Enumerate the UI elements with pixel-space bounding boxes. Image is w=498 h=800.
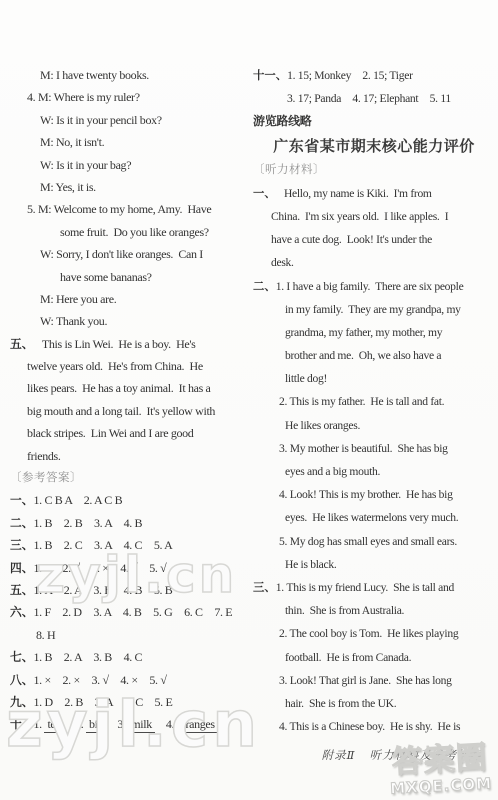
line-section: 二、1. I have a big family. There are six … [253, 275, 495, 298]
line-sub: 3. My mother is beautiful. She has big [253, 437, 495, 460]
line-text: 3. 17; Panda 4. 17; Elephant 5. 11 [287, 92, 451, 105]
line-answers: 六、1. F 2. D 3. A 4. B 5. G 6. C 7. E [10, 601, 246, 623]
item-number: 1. [34, 717, 45, 731]
line-text: 1. × 2. × 3. √ 4. × 5. √ [34, 673, 167, 687]
line-text: brother and me. Oh, we also have a [285, 349, 441, 362]
line-text: eyes and a big mouth. [285, 465, 380, 478]
line-subc: He is black. [253, 553, 495, 576]
line-para: twelve years old. He's from China. He [10, 355, 246, 377]
line-text: 1. B 2. A 3. B 4. C [34, 650, 143, 664]
line-text: 5. M: Welcome to my home, Amy. Have [27, 202, 211, 216]
line-speaker: M: No, it isn't. [10, 131, 246, 153]
line-text: M: Here you are. [40, 292, 116, 306]
line-text: in my family. They are my grandpa, my [285, 303, 461, 316]
line-text: likes pears. He has a toy animal. It has… [27, 381, 211, 395]
line-subc: in my family. They are my grandpa, my [253, 298, 495, 321]
line-text: have some bananas? [60, 270, 152, 284]
line-answers: 七、1. B 2. A 3. B 4. C [10, 646, 246, 668]
line-subc: eyes. He likes watermelons very much. [253, 506, 495, 529]
line-text: have a cute dog. Look! It's under the [271, 233, 432, 246]
section-marker: 五、 [10, 583, 34, 597]
footer-appendix-label: 附录Ⅱ [322, 748, 356, 762]
line-sub: 4. Look! This is my brother. He has big [253, 483, 495, 506]
section-marker: 十、 [10, 717, 34, 731]
line-qnum: 4. M: Where is my ruler? [10, 86, 246, 108]
line-sub: 5. My dog has small eyes and small ears. [253, 530, 495, 553]
line-text: 1. C B A 2. A C B [34, 493, 123, 507]
section-marker: 十一、 [253, 68, 287, 82]
line-text: 1. A 2. A 3. B 4. B 5. B [34, 583, 173, 597]
line-text: 1. F 2. D 3. A 4. B 5. G 6. C 7. E [34, 605, 233, 619]
line-text: He likes oranges. [285, 419, 360, 432]
line-text: 4. This is a Chinese boy. He is shy. He … [279, 720, 460, 733]
line-speech: some fruit. Do you like oranges? [10, 221, 246, 243]
item-number: 3. [117, 717, 128, 731]
line-text: 1. This is my friend Lucy. She is tall a… [276, 581, 454, 594]
line-text: 2. This is my father. He is tall and fat… [279, 395, 444, 408]
section-marker: 五、 [10, 337, 28, 351]
line-text: football. He is from Canada. [285, 651, 411, 664]
line-subc: little dog! [253, 367, 495, 390]
line-text: M: No, it isn't. [40, 135, 104, 149]
line-text: Hello, my name is Kiki. I'm from [270, 187, 432, 200]
line-boldcn: 游览路线略 [253, 110, 495, 133]
line-bracket: 〔听力材料〕 [253, 159, 495, 182]
fill-blank-item: 4. oranges [166, 717, 218, 731]
line-answers: 五、1. A 2. A 3. B 4. B 5. B [10, 579, 246, 601]
line-speaker: W: Sorry, I don't like oranges. Can I [10, 243, 246, 265]
line-text: W: Thank you. [40, 314, 107, 328]
line-speaker: M: Here you are. [10, 288, 246, 310]
line-para: have a cute dog. Look! It's under the [253, 228, 495, 251]
line-text: 1. 15; Monkey 2. 15; Tiger [287, 69, 413, 82]
line-fill: 十、1. ten2. big3. milk4. oranges [10, 713, 246, 735]
line-answers: 四、1. × 2. √ 3. × 4. √ 5. √ [10, 557, 246, 579]
section-marker: 四、 [10, 561, 34, 575]
line-subc: grandma, my father, my mother, my [253, 321, 495, 344]
line-subc: hair. She is from the UK. [253, 692, 495, 715]
line-para: China. I'm six years old. I like apples.… [253, 205, 495, 228]
section-marker: 一、 [10, 493, 34, 507]
line-answers: 九、1. D 2. B 3. A 4. C 5. E [10, 691, 246, 713]
item-number: 4. [166, 717, 177, 731]
fill-answer-word: ten [44, 717, 64, 733]
line-text: W: Is it in your bag? [40, 158, 131, 172]
line-answers: 三、1. B 2. C 3. A 4. C 5. A [10, 534, 246, 556]
line-heading: 广东省某市期末核心能力评价 [253, 134, 495, 159]
line-text: 广东省某市期末核心能力评价 [273, 137, 475, 155]
line-text: little dog! [285, 372, 327, 385]
line-speaker: M: Yes, it is. [10, 176, 246, 198]
line-text: 4. Look! This is my brother. He has big [279, 488, 453, 501]
line-text: He is black. [285, 558, 336, 571]
section-marker: 八、 [10, 673, 34, 687]
line-text: 1. D 2. B 3. A 4. C 5. E [34, 695, 173, 709]
right-column: 十一、1. 15; Monkey 2. 15; Tiger3. 17; Pand… [253, 64, 495, 738]
line-cont: 3. 17; Panda 4. 17; Elephant 5. 11 [253, 87, 495, 110]
line-text: 游览路线略 [253, 114, 312, 128]
line-text: 1. B 2. C 3. A 4. C 5. A [34, 538, 173, 552]
line-text: thin. She is from Australia. [285, 604, 404, 617]
line-text: desk. [271, 256, 294, 269]
line-text: 1. × 2. √ 3. × 4. √ 5. √ [34, 561, 167, 575]
section-marker: 三、 [10, 538, 34, 552]
line-text: 8. H [36, 628, 55, 642]
line-answers: 八、1. × 2. × 3. √ 4. × 5. √ [10, 669, 246, 691]
line-text: W: Sorry, I don't like oranges. Can I [40, 247, 203, 261]
line-text: some fruit. Do you like oranges? [60, 225, 209, 239]
line-text: China. I'm six years old. I like apples.… [271, 210, 448, 223]
fill-answer-word: oranges [177, 717, 218, 733]
section-marker: 九、 [10, 695, 34, 709]
section-marker: 三、 [253, 580, 276, 594]
line-answers: 十一、1. 15; Monkey 2. 15; Tiger [253, 64, 495, 87]
line-text: twelve years old. He's from China. He [27, 359, 203, 373]
line-para: desk. [253, 251, 495, 274]
watermark-brand-site: MXQE.COM [377, 774, 498, 799]
line-text: 5. My dog has small eyes and small ears. [279, 535, 457, 548]
line-text: 2. The cool boy is Tom. He likes playing [279, 627, 458, 640]
left-column: M: I have twenty books.4. M: Where is my… [10, 64, 246, 736]
line-text: hair. She is from the UK. [285, 697, 396, 710]
line-section: 三、1. This is my friend Lucy. She is tall… [253, 576, 495, 599]
line-text: 1. I have a big family. There are six pe… [276, 280, 464, 293]
fill-answer-word: big [86, 717, 106, 733]
section-marker: 六、 [10, 605, 34, 619]
line-speaker: W: Thank you. [10, 310, 246, 332]
book-page: M: I have twenty books.4. M: Where is my… [0, 0, 498, 800]
answer-site-watermark: 答案圈 MXQE.COM [374, 731, 498, 799]
line-speech: have some bananas? [10, 266, 246, 288]
line-bracket: 〔参考答案〕 [10, 467, 246, 489]
line-text: 4. M: Where is my ruler? [27, 90, 140, 104]
line-answers: 一、1. C B A 2. A C B [10, 489, 246, 511]
line-answers2: 8. H [10, 624, 246, 646]
line-section: 一、 Hello, my name is Kiki. I'm from [253, 182, 495, 205]
line-text: black stripes. Lin Wei and I are good [27, 426, 193, 440]
line-text: 3. My mother is beautiful. She has big [279, 442, 448, 455]
line-text: big mouth and a long tail. It's yellow w… [27, 404, 215, 418]
section-marker: 二、 [10, 516, 34, 530]
section-marker: 二、 [253, 279, 276, 293]
line-text: 〔听力材料〕 [253, 164, 325, 176]
line-sub: 2. This is my father. He is tall and fat… [253, 390, 495, 413]
line-text: 〔参考答案〕 [10, 472, 82, 484]
fill-blank-item: 3. milk [117, 717, 155, 731]
line-sub: 4. This is a Chinese boy. He is shy. He … [253, 715, 495, 738]
footer-title: 听力材料及参考答案 [370, 748, 483, 762]
line-subc: He likes oranges. [253, 414, 495, 437]
line-text: This is Lin Wei. He is a boy. He's [28, 337, 196, 351]
line-subc: eyes and a big mouth. [253, 460, 495, 483]
line-para: likes pears. He has a toy animal. It has… [10, 377, 246, 399]
fill-answer-word: milk [128, 717, 155, 733]
line-text: grandma, my father, my mother, my [285, 326, 442, 339]
line-speaker: M: I have twenty books. [10, 64, 246, 86]
section-marker: 七、 [10, 650, 34, 664]
line-subc: brother and me. Oh, we also have a [253, 344, 495, 367]
line-para: friends. [10, 445, 246, 467]
item-number: 2. [75, 717, 86, 731]
fill-blank-item: 2. big [75, 717, 106, 731]
line-para: black stripes. Lin Wei and I are good [10, 422, 246, 444]
line-text: W: Is it in your pencil box? [40, 113, 162, 127]
line-text: 1. B 2. B 3. A 4. B [34, 516, 143, 530]
line-text: M: I have twenty books. [40, 68, 149, 82]
line-text: 3. Look! That girl is Jane. She has long [279, 674, 452, 687]
fill-blank-item: 1. ten [34, 717, 65, 731]
line-text: M: Yes, it is. [40, 180, 96, 194]
line-qnum: 5. M: Welcome to my home, Amy. Have [10, 198, 246, 220]
line-speaker: W: Is it in your bag? [10, 154, 246, 176]
section-marker: 一、 [253, 186, 270, 200]
page-footer: 附录Ⅱ听力材料及参考答案 [322, 747, 482, 763]
line-subc: football. He is from Canada. [253, 646, 495, 669]
line-speaker: W: Is it in your pencil box? [10, 109, 246, 131]
line-text: eyes. He likes watermelons very much. [285, 511, 458, 524]
line-section: 五、 This is Lin Wei. He is a boy. He's [10, 333, 246, 355]
line-sub: 2. The cool boy is Tom. He likes playing [253, 622, 495, 645]
line-sub: 3. Look! That girl is Jane. She has long [253, 669, 495, 692]
line-subc: thin. She is from Australia. [253, 599, 495, 622]
line-answers: 二、1. B 2. B 3. A 4. B [10, 512, 246, 534]
line-para: big mouth and a long tail. It's yellow w… [10, 400, 246, 422]
line-text: friends. [27, 449, 61, 463]
